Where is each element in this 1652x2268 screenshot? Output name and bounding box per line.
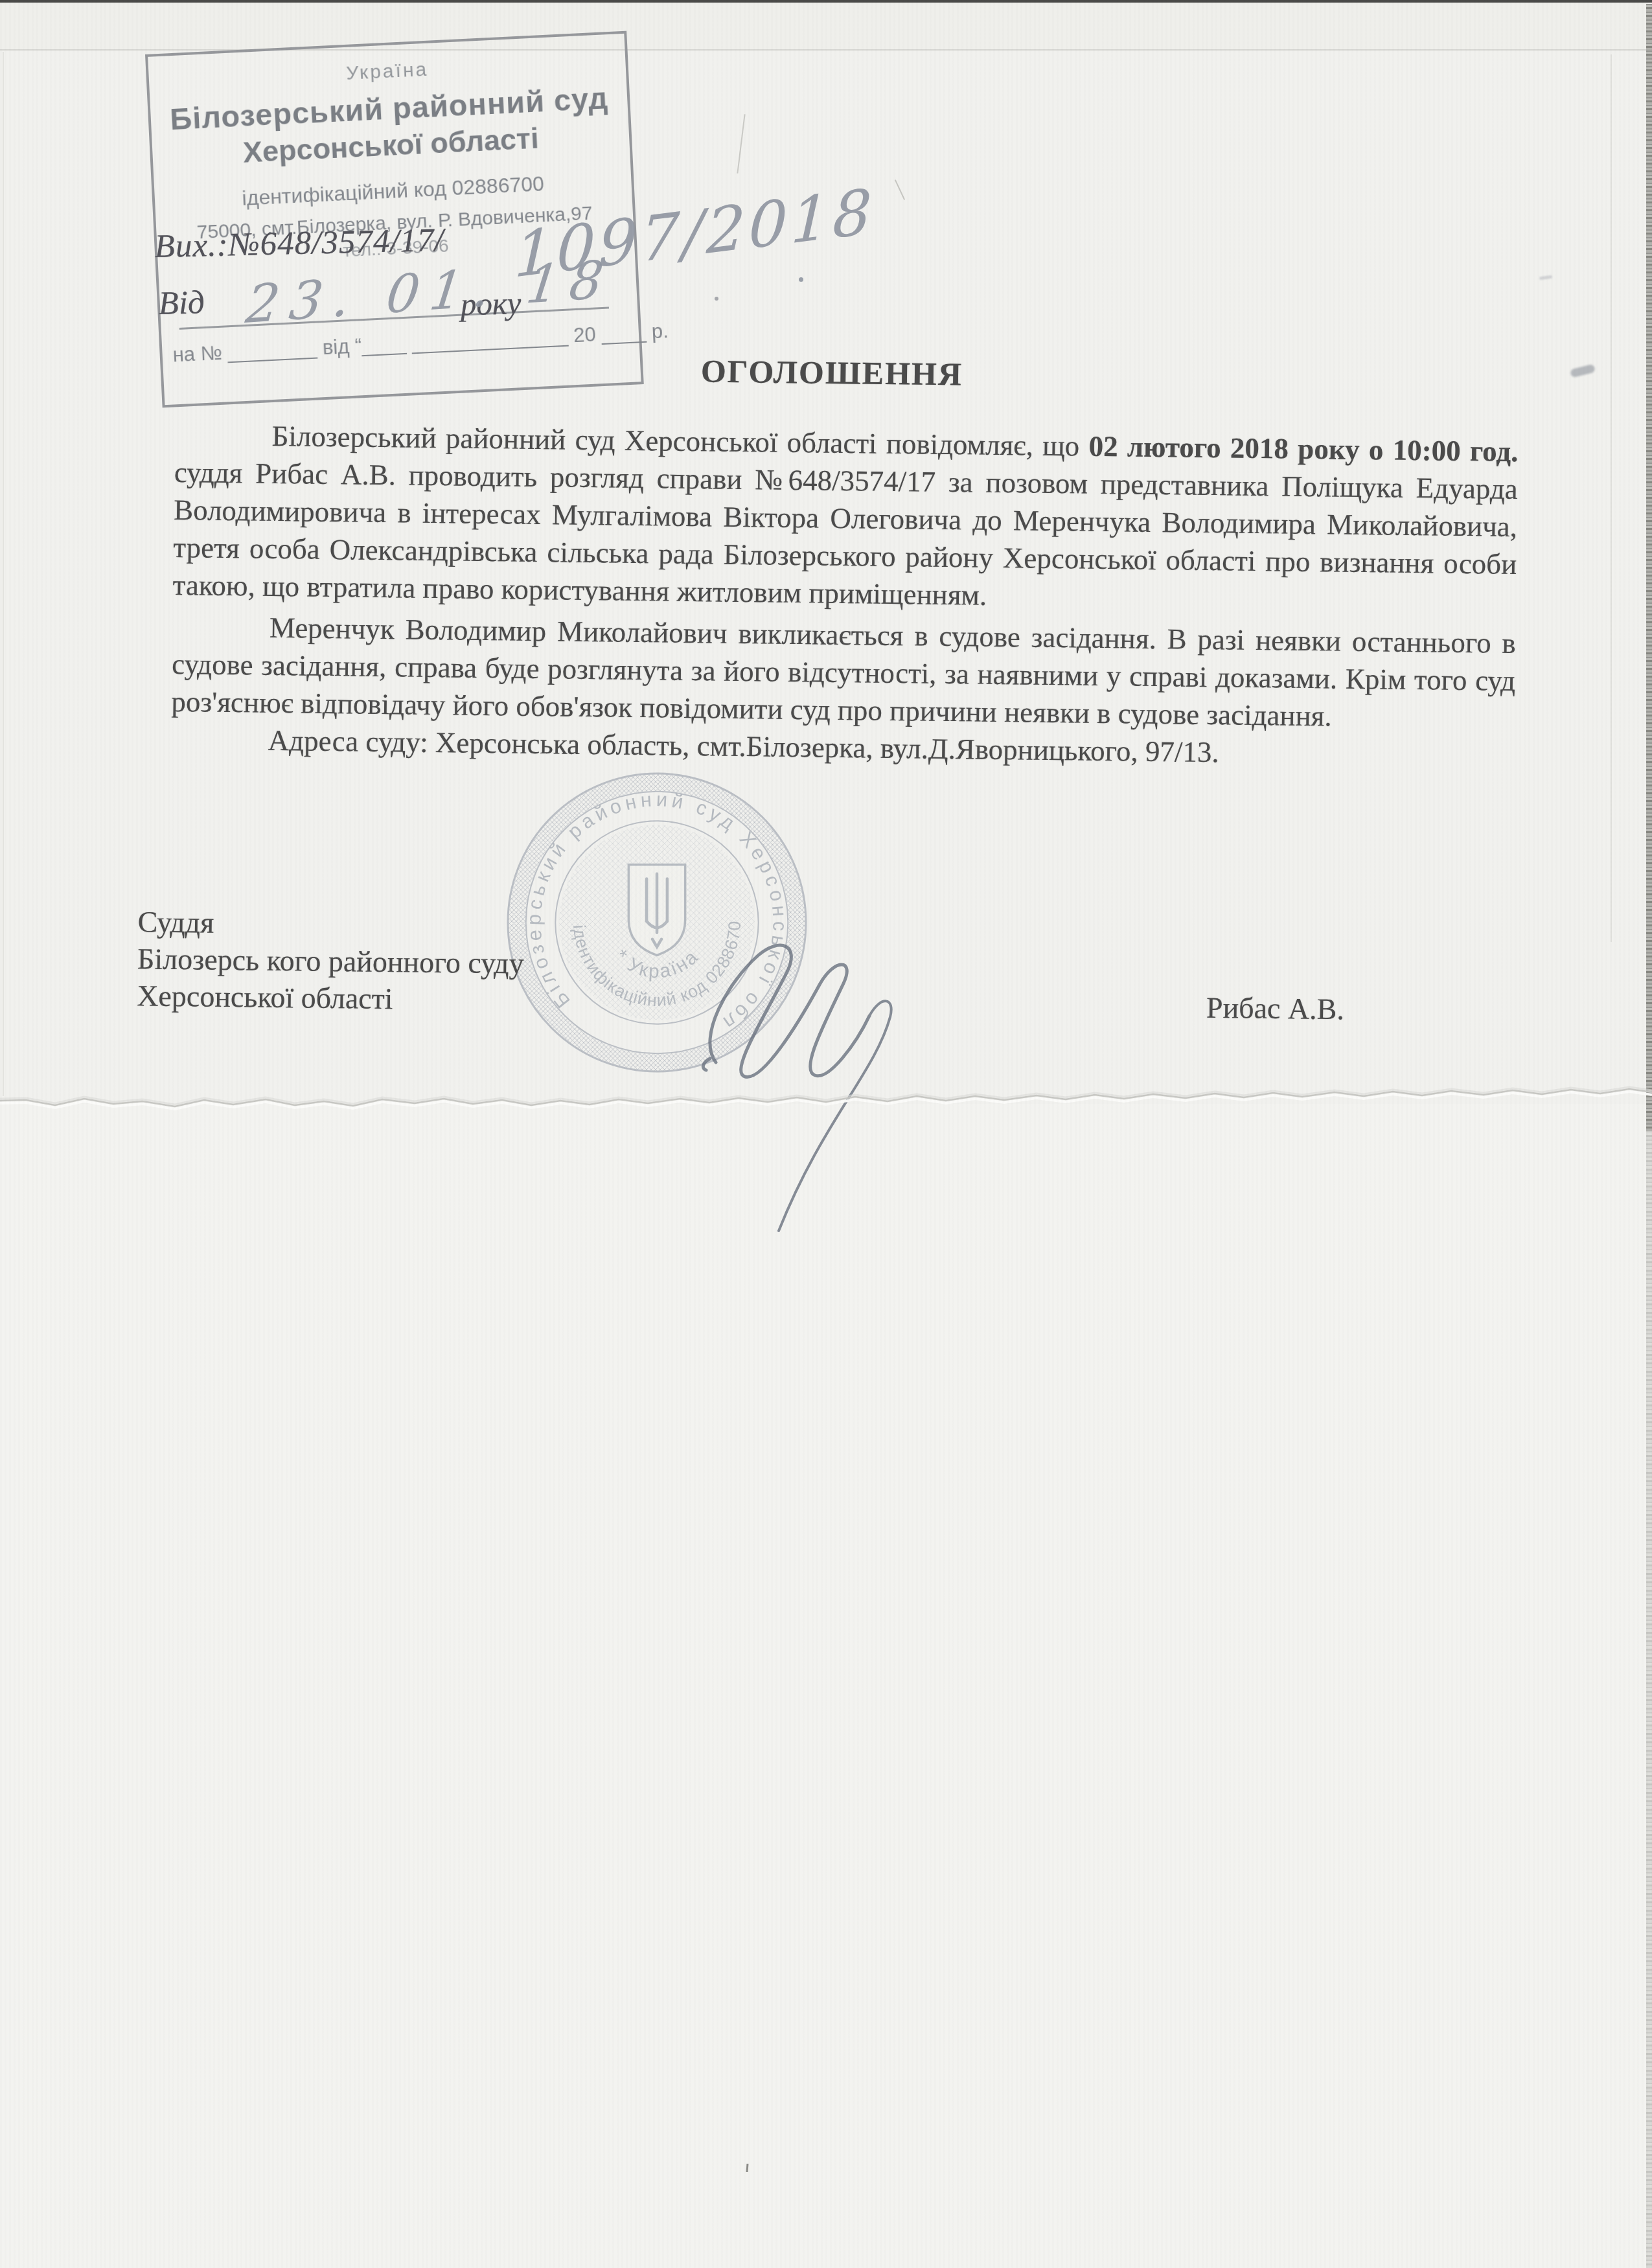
scan-right-edge-band-lower bbox=[1646, 1131, 1652, 2268]
paper-left-edge-line bbox=[3, 52, 4, 1096]
scanned-court-announcement: Україна Білозерський районний суд Херсон… bbox=[0, 0, 1652, 2268]
paragraph-hearing-notice: Білозерський районний суд Херсонської об… bbox=[172, 416, 1518, 621]
paper-tear-line bbox=[0, 1073, 1652, 1118]
scan-scratch-small bbox=[895, 179, 905, 200]
scan-smudge-small bbox=[1539, 275, 1553, 281]
paper-right-edge-line bbox=[1611, 54, 1612, 942]
p1-segment-bold-date: 02 лютого 2018 року о 10:00 год. bbox=[1088, 430, 1519, 468]
signature-block: Суддя Білозерсь кого районного суду Херс… bbox=[137, 903, 525, 1018]
document-title: ОГОЛОШЕННЯ bbox=[685, 352, 979, 393]
ink-dot bbox=[799, 277, 803, 282]
signer-court-line1: Білозерсь кого районного суду bbox=[137, 940, 524, 981]
stamp-footer-line: на № ________ від “____ ______________ 2… bbox=[172, 321, 633, 367]
scanner-margin-strip bbox=[0, 0, 1652, 49]
p1-segment-before: Білозерський районний суд Херсонської об… bbox=[271, 420, 1089, 463]
p1-segment-after: суддя Рибас А.В. проводить розгляд справ… bbox=[172, 456, 1518, 612]
outgoing-number-typed: Вих.:№648/3574/17/ bbox=[154, 222, 444, 266]
paper-below-tear bbox=[0, 1104, 1652, 2268]
judge-name: Рибас А.В. bbox=[1206, 991, 1344, 1027]
scan-scratch bbox=[737, 114, 745, 174]
scan-smudge bbox=[1570, 364, 1596, 378]
signer-role: Суддя bbox=[137, 903, 524, 945]
scan-right-edge-band bbox=[1646, 4, 1652, 1131]
scan-top-edge bbox=[0, 0, 1652, 3]
paragraph-summons: Меренчук Володимир Миколайович викликаєт… bbox=[171, 608, 1516, 737]
document-body: Білозерський районний суд Херсонської об… bbox=[170, 416, 1518, 775]
outgoing-date-label: Від bbox=[158, 284, 205, 323]
signer-court-line2: Херсонської області bbox=[137, 977, 523, 1018]
ink-dot-small bbox=[715, 297, 718, 301]
